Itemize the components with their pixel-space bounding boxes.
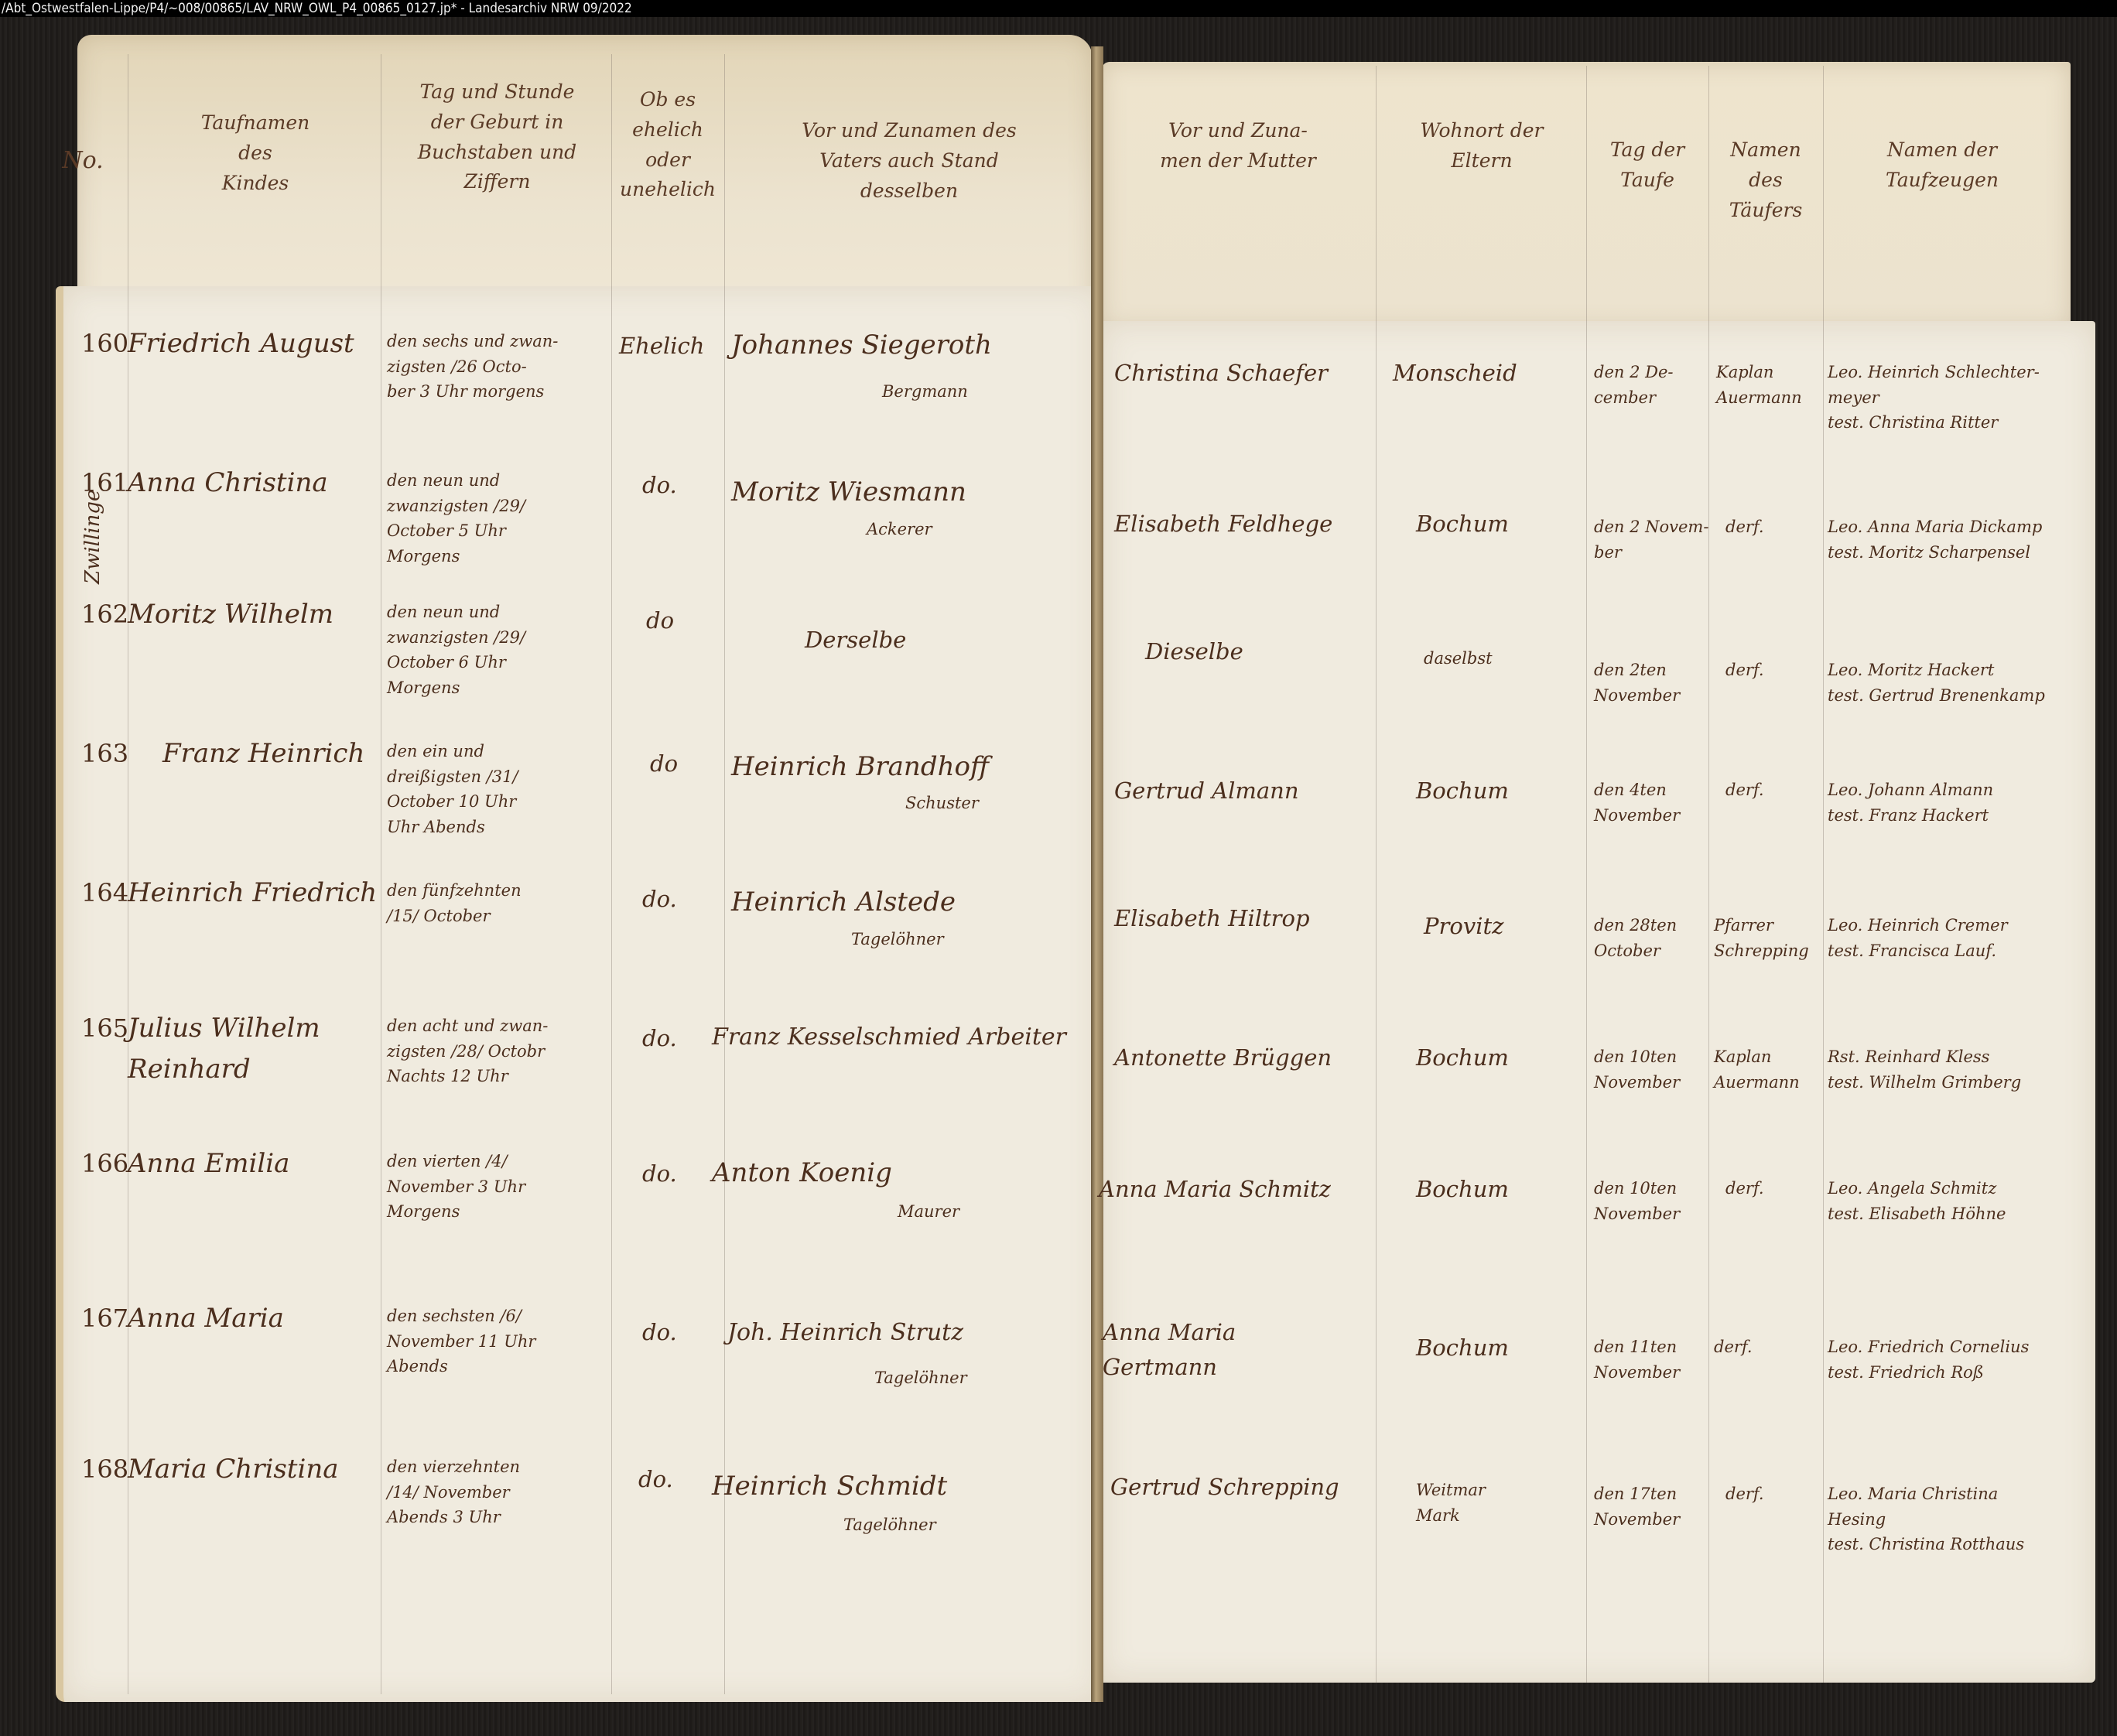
- header-godparents: Namen der Taufzeugen: [1826, 135, 2058, 196]
- child-name: Maria Christina: [128, 1449, 383, 1490]
- baptism-date: den 10ten November: [1594, 1176, 1680, 1226]
- father-status: Bergmann: [882, 379, 968, 405]
- godparents: Leo. Anna Maria Dickamp test. Moritz Sch…: [1828, 514, 2091, 565]
- birth-date: den vierzehnten /14/ November Abends 3 U…: [387, 1454, 611, 1530]
- legitimacy: Ehelich: [619, 329, 704, 364]
- father-name: Joh. Heinrich Strutz: [727, 1315, 1091, 1352]
- mother-name: Dieselbe: [1145, 634, 1377, 669]
- godparents: Leo. Friedrich Cornelius test. Friedrich…: [1828, 1334, 2091, 1385]
- legitimacy: do.: [642, 1021, 677, 1056]
- residence: Bochum: [1416, 507, 1509, 542]
- birth-date: den vierten /4/ November 3 Uhr Morgens: [387, 1149, 611, 1225]
- column-rule: [1586, 66, 1587, 1683]
- residence: Monscheid: [1393, 356, 1517, 391]
- header-father: Vor und Zunamen des Vaters auch Stand de…: [727, 116, 1091, 206]
- margin-note-twins: Zwillinge: [81, 490, 104, 584]
- birth-date: den sechsten /6/ November 11 Uhr Abends: [387, 1304, 611, 1379]
- window-title-bar: /Abt_Ostwestfalen-Lippe/P4/~008/00865/LA…: [0, 0, 2117, 17]
- entry-number: 164: [81, 874, 128, 913]
- baptizer: derf.: [1725, 1481, 1764, 1507]
- residence: Bochum: [1416, 1172, 1509, 1207]
- mother-name: Anna Maria Gertmann: [1103, 1315, 1366, 1385]
- header-mother: Vor und Zuna- men der Mutter: [1106, 116, 1370, 176]
- column-rule: [611, 54, 612, 1694]
- birth-date: den neun und zwanzigsten /29/ October 5 …: [387, 468, 611, 569]
- legitimacy: do.: [642, 1315, 677, 1350]
- entry-number: 167: [81, 1300, 128, 1338]
- header-child-name: Taufnamen des Kindes: [139, 108, 371, 198]
- baptizer: Kaplan Auermann: [1714, 1044, 1800, 1095]
- child-name: Julius Wilhelm Reinhard: [128, 1008, 383, 1089]
- father-status: Tagelöhner: [851, 927, 944, 952]
- baptizer: derf.: [1725, 1176, 1764, 1201]
- legitimacy: do.: [642, 468, 677, 503]
- mother-name: Gertrud Almann: [1114, 774, 1377, 808]
- entry-number: 166: [81, 1145, 128, 1184]
- baptizer: derf.: [1725, 777, 1764, 803]
- godparents: Leo. Heinrich Schlechter- meyer test. Ch…: [1828, 360, 2091, 436]
- birth-date: den neun und zwanzigsten /29/ October 6 …: [387, 600, 611, 700]
- godparents: Leo. Moritz Hackert test. Gertrud Brenen…: [1828, 658, 2091, 708]
- header-baptizer: Namen des Täufers: [1708, 135, 1823, 225]
- baptism-date: den 2 Novem- ber: [1594, 514, 1708, 565]
- child-name: Franz Heinrich: [162, 733, 387, 774]
- child-name: Anna Emilia: [128, 1143, 383, 1184]
- father-name: Derselbe: [805, 623, 1083, 658]
- header-birth-date: Tag und Stunde der Geburt in Buchstaben …: [383, 77, 611, 197]
- baptism-date: den 17ten November: [1594, 1481, 1680, 1532]
- baptizer: derf.: [1725, 514, 1764, 540]
- residence: Bochum: [1416, 1331, 1509, 1365]
- father-status: Ackerer: [867, 517, 932, 542]
- mother-name: Elisabeth Feldhege: [1114, 507, 1377, 542]
- legitimacy: do.: [638, 1462, 673, 1497]
- birth-date: den acht und zwan- zigsten /28/ Octobr N…: [387, 1013, 611, 1089]
- book-gutter: [1091, 46, 1103, 1702]
- column-rule: [724, 54, 725, 1694]
- father-status: Maurer: [898, 1199, 959, 1225]
- baptizer: Kaplan Auermann: [1716, 360, 1802, 410]
- mother-name: Antonette Brüggen: [1114, 1041, 1377, 1075]
- father-name: Franz Kesselschmied Arbeiter: [712, 1020, 1091, 1056]
- mother-name: Anna Maria Schmitz: [1099, 1172, 1377, 1207]
- father-name: Moritz Wiesmann: [731, 472, 1087, 513]
- godparents: Leo. Maria Christina Hesing test. Christ…: [1828, 1481, 2091, 1557]
- birth-date: den ein und dreißigsten /31/ October 10 …: [387, 739, 611, 839]
- residence: Weitmar Mark: [1416, 1478, 1486, 1528]
- father-name: Anton Koenig: [712, 1153, 1068, 1194]
- header-number: No.: [48, 143, 118, 179]
- father-status: Tagelöhner: [843, 1512, 936, 1538]
- godparents: Leo. Johann Almann test. Franz Hackert: [1828, 777, 2091, 828]
- baptism-date: den 28ten October: [1594, 913, 1677, 963]
- header-baptism-date: Tag der Taufe: [1586, 135, 1708, 196]
- mother-name: Gertrud Schrepping: [1110, 1470, 1373, 1505]
- child-name: Heinrich Friedrich: [128, 873, 383, 914]
- godparents: Rst. Reinhard Kless test. Wilhelm Grimbe…: [1828, 1044, 2091, 1095]
- residence: daselbst: [1424, 646, 1493, 672]
- baptizer: Pfarrer Schrepping: [1714, 913, 1809, 963]
- baptism-date: den 11ten November: [1594, 1334, 1680, 1385]
- baptism-date: den 4ten November: [1594, 777, 1680, 828]
- legitimacy: do: [650, 747, 678, 781]
- child-name: Anna Maria: [128, 1298, 383, 1339]
- mother-name: Elisabeth Hiltrop: [1114, 901, 1377, 936]
- column-rule: [1376, 66, 1377, 1683]
- birth-date: den sechs und zwan- zigsten /26 Octo- be…: [387, 329, 611, 405]
- baptizer: derf.: [1714, 1334, 1753, 1360]
- father-status: Tagelöhner: [874, 1365, 967, 1391]
- entry-number: 163: [81, 735, 128, 774]
- residence: Bochum: [1416, 1041, 1509, 1075]
- legitimacy: do: [646, 603, 674, 638]
- entry-number: 168: [81, 1451, 128, 1489]
- header-legitimacy: Ob es ehelich oder unehelich: [611, 85, 724, 205]
- residence: Bochum: [1416, 774, 1509, 808]
- father-status: Schuster: [905, 791, 979, 816]
- child-name: Moritz Wilhelm: [128, 594, 383, 635]
- column-rule: [1708, 66, 1709, 1683]
- father-name: Heinrich Brandhoff: [731, 747, 1087, 788]
- baptism-date: den 10ten November: [1594, 1044, 1680, 1095]
- godparents: Leo. Heinrich Cremer test. Francisca Lau…: [1828, 913, 2091, 963]
- entry-number: 162: [81, 596, 128, 634]
- residence: Provitz: [1424, 909, 1503, 944]
- child-name: Anna Christina: [128, 463, 383, 504]
- mother-name: Christina Schaefer: [1114, 356, 1377, 391]
- child-name: Friedrich August: [128, 323, 383, 364]
- column-rule: [1823, 66, 1824, 1683]
- legitimacy: do.: [642, 1157, 677, 1191]
- header-residence: Wohnort der Eltern: [1377, 116, 1586, 176]
- father-name: Heinrich Schmidt: [712, 1466, 1083, 1507]
- entry-number: 165: [81, 1010, 128, 1048]
- godparents: Leo. Angela Schmitz test. Elisabeth Höhn…: [1828, 1176, 2091, 1226]
- father-name: Johannes Siegeroth: [731, 325, 1087, 366]
- father-name: Heinrich Alstede: [731, 882, 1087, 923]
- legitimacy: do.: [642, 882, 677, 917]
- baptizer: derf.: [1725, 658, 1764, 683]
- entry-number: 160: [81, 325, 128, 364]
- entry-number: 161: [81, 464, 128, 503]
- window-title: /Abt_Ostwestfalen-Lippe/P4/~008/00865/LA…: [2, 1, 632, 16]
- birth-date: den fünfzehnten /15/ October: [387, 878, 611, 928]
- baptism-date: den 2ten November: [1594, 658, 1680, 708]
- baptism-date: den 2 De- cember: [1594, 360, 1673, 410]
